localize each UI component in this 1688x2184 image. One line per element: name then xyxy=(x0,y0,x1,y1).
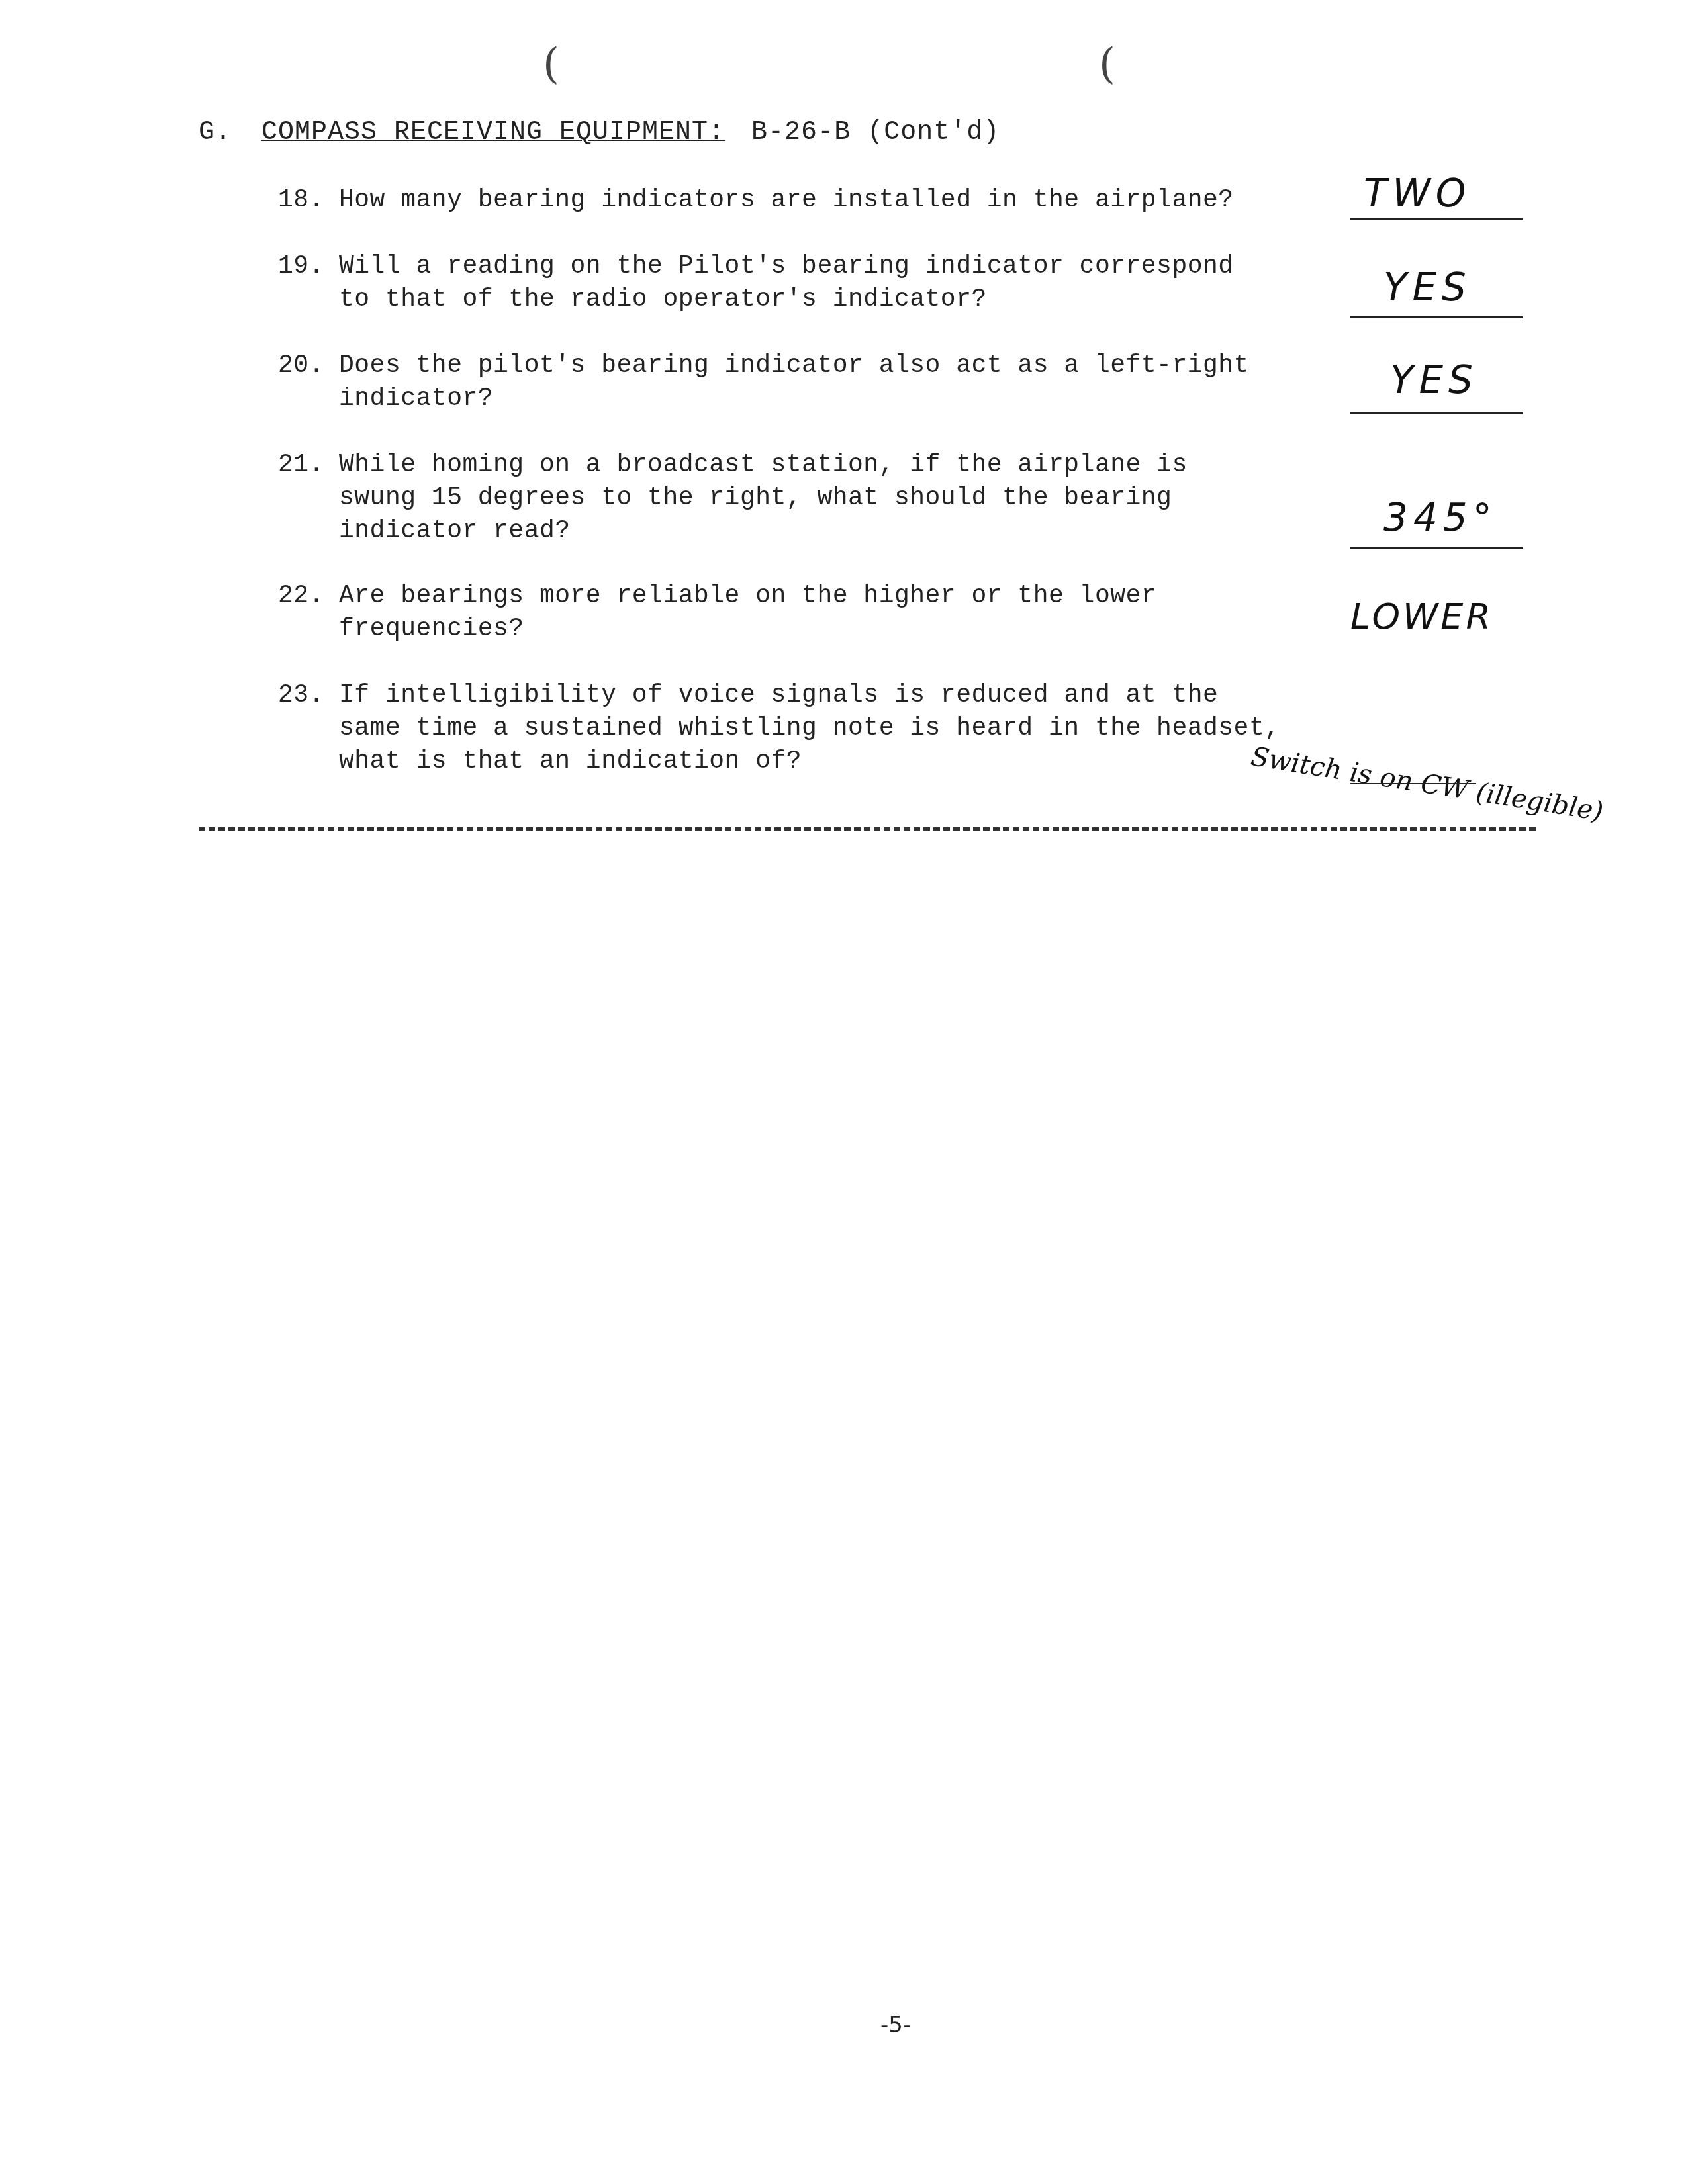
punch-hole-mark: ( xyxy=(543,40,559,89)
answer-21: 345° xyxy=(1383,495,1497,540)
question-text: frequencies? xyxy=(278,613,1311,646)
section-divider xyxy=(199,827,1536,831)
question-19: 19.Will a reading on the Pilot's bearing… xyxy=(278,250,1311,316)
question-number: 23. xyxy=(278,679,339,712)
question-22: 22.Are bearings more reliable on the hig… xyxy=(278,580,1311,646)
question-text: How many bearing indicators are installe… xyxy=(339,186,1234,214)
section-title: COMPASS RECEIVING EQUIPMENT: xyxy=(261,118,725,148)
answer-blank xyxy=(1350,316,1523,318)
answer-19: YES xyxy=(1383,265,1472,310)
question-number: 19. xyxy=(278,250,339,283)
question-text: Does the pilot's bearing indicator also … xyxy=(339,351,1249,380)
question-number: 21. xyxy=(278,449,339,482)
question-21: 21.While homing on a broadcast station, … xyxy=(278,449,1311,548)
question-23: 23.If intelligibility of voice signals i… xyxy=(278,679,1311,778)
question-text: what is that an indication of? xyxy=(278,745,1311,778)
answer-blank xyxy=(1350,547,1523,549)
question-number: 20. xyxy=(278,349,339,383)
section-letter: G. xyxy=(199,118,261,148)
answer-blank xyxy=(1350,218,1523,220)
answer-blank xyxy=(1350,412,1523,414)
page-number: -5- xyxy=(880,2012,911,2038)
punch-hole-mark: ( xyxy=(1099,40,1115,89)
question-number: 22. xyxy=(278,580,339,613)
section-aircraft: B-26-B (Cont'd) xyxy=(751,118,1000,148)
section-heading: G.COMPASS RECEIVING EQUIPMENT:B-26-B (Co… xyxy=(199,118,1000,148)
question-text: If intelligibility of voice signals is r… xyxy=(339,681,1218,709)
answer-23: Switch is on CW (illegible) xyxy=(1248,741,1605,827)
question-number: 18. xyxy=(278,184,339,217)
question-text: indicator? xyxy=(278,383,1311,416)
question-text: indicator read? xyxy=(278,515,1311,548)
question-20: 20.Does the pilot's bearing indicator al… xyxy=(278,349,1311,416)
answer-blank xyxy=(1350,783,1476,784)
question-text: Are bearings more reliable on the higher… xyxy=(339,582,1156,610)
question-18: 18.How many bearing indicators are insta… xyxy=(278,184,1311,217)
question-text: While homing on a broadcast station, if … xyxy=(339,451,1188,479)
question-text: to that of the radio operator's indicato… xyxy=(278,283,1311,316)
question-text: Will a reading on the Pilot's bearing in… xyxy=(339,252,1234,281)
document-page: ( ( G.COMPASS RECEIVING EQUIPMENT:B-26-B… xyxy=(0,0,1688,2184)
question-text: swung 15 degrees to the right, what shou… xyxy=(278,482,1311,515)
answer-22: LOWER xyxy=(1350,596,1493,637)
question-text: same time a sustained whistling note is … xyxy=(278,712,1311,745)
answer-20: YES xyxy=(1390,357,1478,402)
answer-18: TWO xyxy=(1364,171,1471,216)
